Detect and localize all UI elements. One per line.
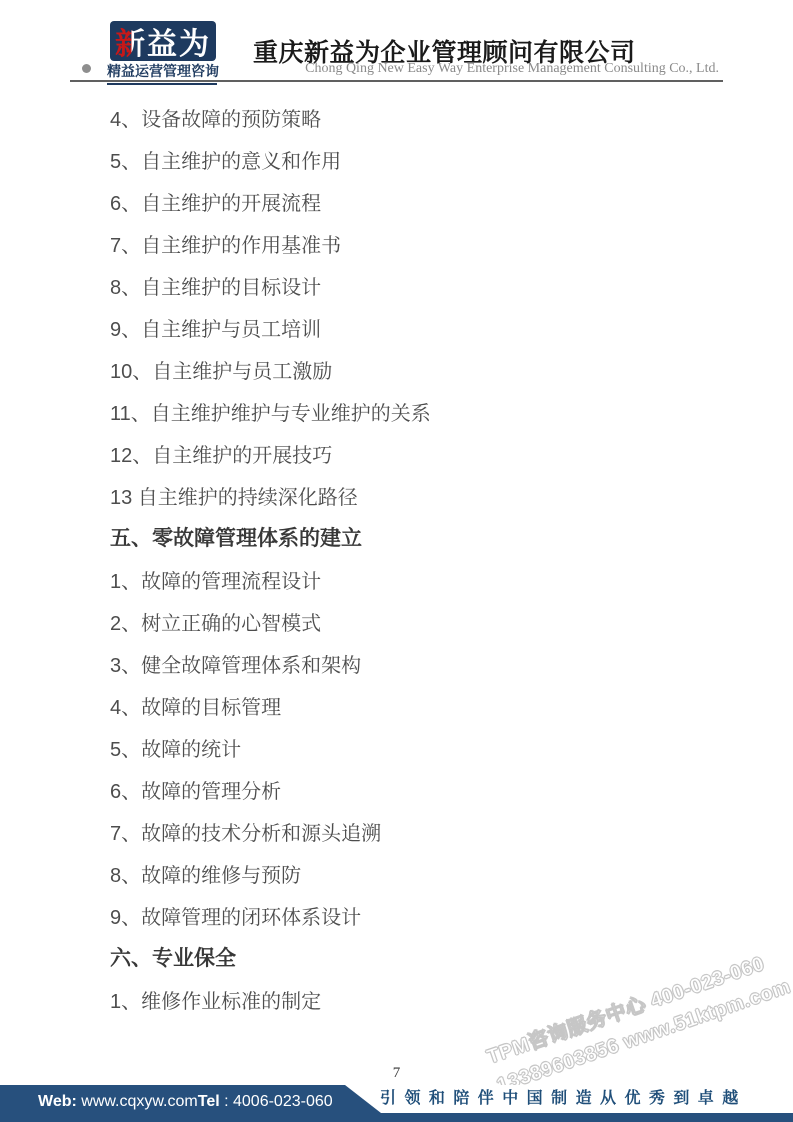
toc-section-heading: 六、专业保全 (110, 936, 670, 978)
tel-value: : 4006-023-060 (220, 1093, 333, 1110)
toc-item: 8、故障的维修与预防 (110, 852, 670, 894)
toc-item: 5、自主维护的意义和作用 (110, 138, 670, 180)
toc-item: 10、自主维护与员工激励 (110, 348, 670, 390)
toc-item: 2、树立正确的心智模式 (110, 600, 670, 642)
toc-item: 1、故障的管理流程设计 (110, 558, 670, 600)
toc-item: 9、故障管理的闭环体系设计 (110, 894, 670, 936)
tel-label: Tel (198, 1093, 220, 1110)
page-number: 7 (0, 1065, 793, 1082)
document-page: 新益为 精益运营管理咨询 重庆新益为企业管理顾问有限公司 Chong Qing … (0, 0, 793, 1122)
toc-item: 5、故障的统计 (110, 726, 670, 768)
toc-list: 4、设备故障的预防策略 5、自主维护的意义和作用 6、自主维护的开展流程 7、自… (110, 96, 670, 1020)
footer-contact: Web: www.cqxyw.comTel : 4006-023-060 (38, 1091, 333, 1113)
logo-char-xin: 新 (115, 19, 147, 63)
toc-item: 3、健全故障管理体系和架构 (110, 642, 670, 684)
logo-chars-rest: 益为 (147, 19, 211, 63)
bullet-dot-icon (82, 64, 91, 73)
toc-item: 9、自主维护与员工培训 (110, 306, 670, 348)
toc-item: 6、自主维护的开展流程 (110, 180, 670, 222)
toc-item: 8、自主维护的目标设计 (110, 264, 670, 306)
toc-item: 6、故障的管理分析 (110, 768, 670, 810)
toc-item: 12、自主维护的开展技巧 (110, 432, 670, 474)
company-name-english: Chong Qing New Easy Way Enterprise Manag… (305, 61, 719, 77)
header-divider (70, 80, 723, 82)
toc-item: 13 自主维护的持续深化路径 (110, 474, 670, 516)
footer-slogan: 引 领 和 陪 伴 中 国 制 造 从 优 秀 到 卓 越 (380, 1089, 740, 1109)
toc-item: 7、故障的技术分析和源头追溯 (110, 810, 670, 852)
toc-section-heading: 五、零故障管理体系的建立 (110, 516, 670, 558)
web-url: www.cqxyw.com (77, 1093, 198, 1110)
toc-item: 4、故障的目标管理 (110, 684, 670, 726)
company-logo: 新益为 (110, 21, 216, 61)
web-label: Web: (38, 1093, 77, 1110)
toc-item: 11、自主维护维护与专业维护的关系 (110, 390, 670, 432)
toc-item: 7、自主维护的作用基准书 (110, 222, 670, 264)
toc-item: 4、设备故障的预防策略 (110, 96, 670, 138)
